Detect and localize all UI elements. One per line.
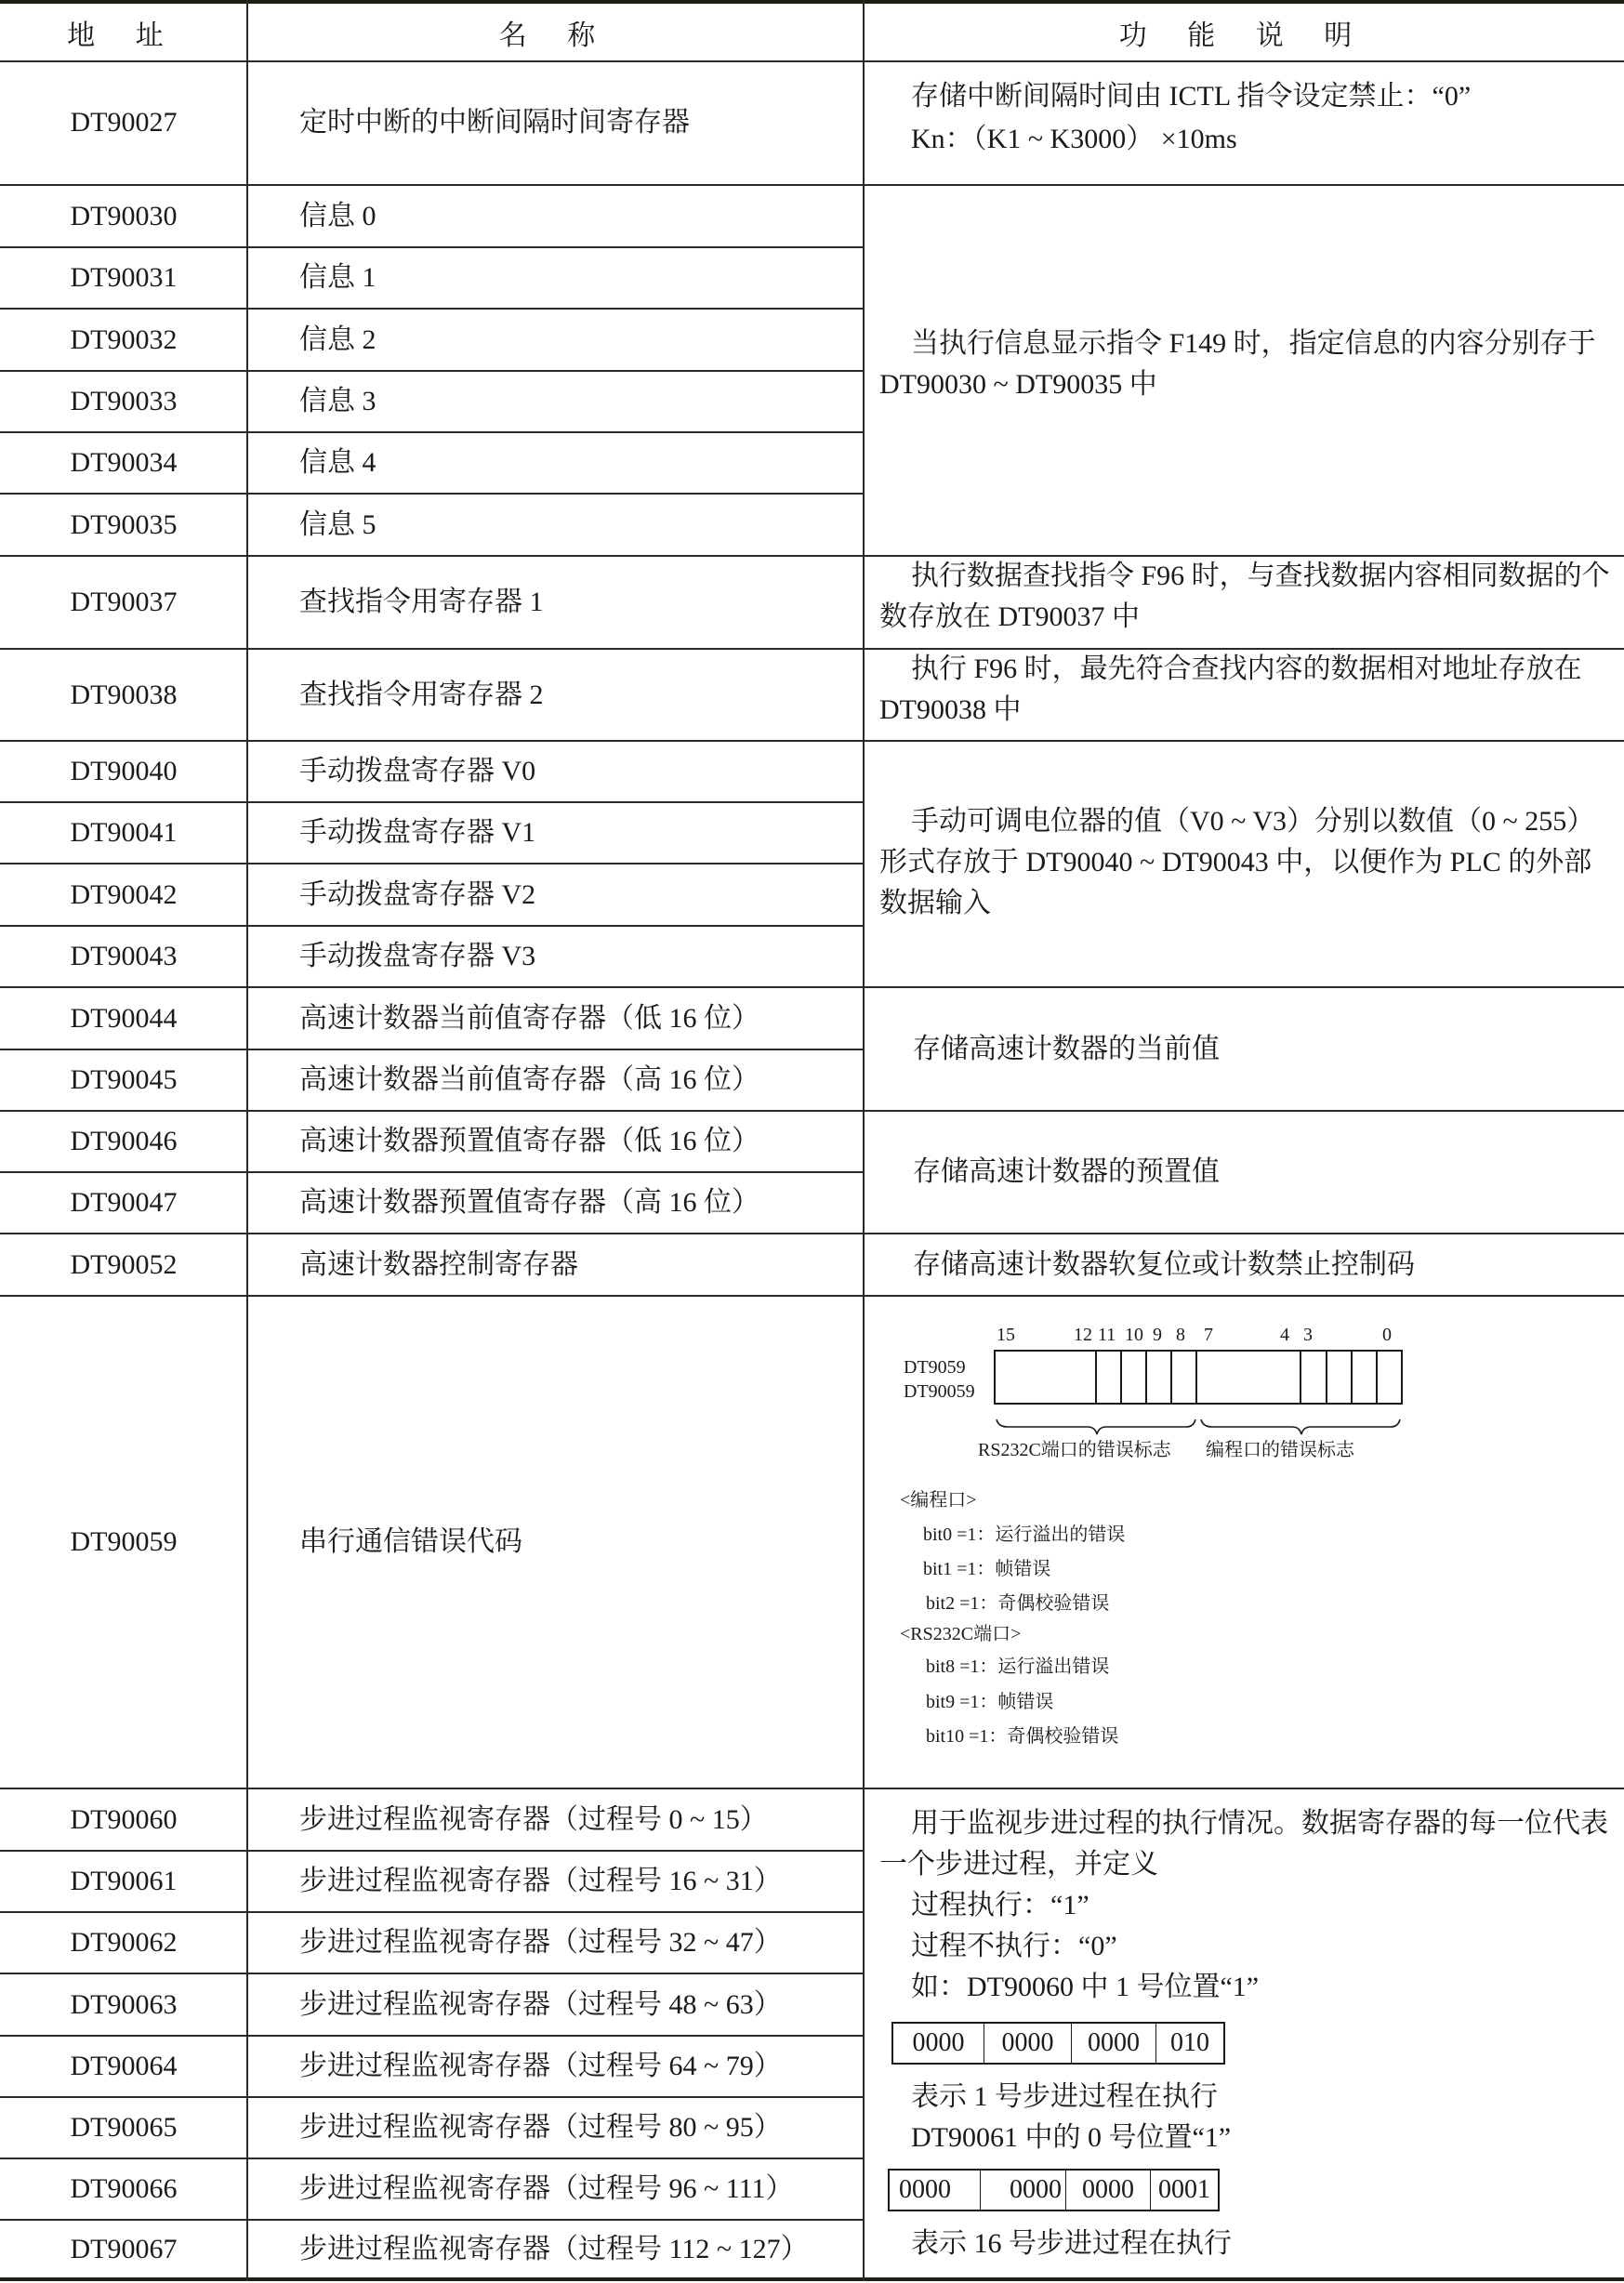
- rs232-bit-item: bit9 =1：帧错误: [926, 1693, 1053, 1711]
- address-cell: DT90052: [0, 1234, 247, 1295]
- name-cell: 定时中断的中断间隔时间寄存器: [299, 61, 857, 184]
- prog-port-heading: <编程口>: [900, 1491, 977, 1510]
- name-cell: 步进过程监视寄存器（过程号 64 ~ 79）: [299, 2037, 857, 2096]
- description-exec: 过程执行：“1”: [879, 1885, 1614, 1926]
- address-cell: DT90032: [0, 310, 247, 370]
- prog-bit-item: bit0 =1：运行溢出的错误: [923, 1525, 1125, 1544]
- bit-divider: [1095, 1350, 1097, 1405]
- description-line: 存储中断间隔时间由 ICTL 指令设定禁止：“0”: [911, 76, 1624, 117]
- bit-divider: [1351, 1350, 1353, 1405]
- name-cell: 步进过程监视寄存器（过程号 32 ~ 47）: [299, 1913, 857, 1973]
- name-cell: 步进过程监视寄存器（过程号 112 ~ 127）: [299, 2221, 857, 2277]
- bit-label-15: 15: [997, 1326, 1015, 1344]
- binary-nibble: 0000: [1072, 2024, 1156, 2063]
- name-cell: 高速计数器当前值寄存器（低 16 位）: [299, 988, 857, 1049]
- name-cell: 步进过程监视寄存器（过程号 0 ~ 15）: [299, 1789, 857, 1850]
- address-cell: DT90062: [0, 1913, 247, 1973]
- name-cell: 高速计数器预置值寄存器（高 16 位）: [299, 1173, 857, 1233]
- name-cell: 信息 3: [299, 372, 857, 431]
- register-label: DT9059: [904, 1358, 966, 1377]
- description-dt90060-67-mid: 表示 1 号步进过程在执行 DT90061 中的 0 号位置“1”: [879, 2077, 1614, 2158]
- description-intro: 用于监视步进过程的执行情况。数据寄存器的每一位代表一个步进过程，并定义: [879, 1803, 1614, 1885]
- bit-divider: [1120, 1350, 1122, 1405]
- binary-box-example-2: 0000 0000 0000 0001: [888, 2169, 1220, 2211]
- address-cell: DT90033: [0, 372, 247, 431]
- description-dt90030-35: 当执行信息显示指令 F149 时，指定信息的内容分别存于 DT90030 ~ D…: [879, 323, 1614, 405]
- bit-label-3: 3: [1303, 1326, 1313, 1344]
- name-cell: 信息 4: [299, 433, 857, 493]
- description-example-2: DT90061 中的 0 号位置“1”: [879, 2118, 1614, 2158]
- bit-divider: [1195, 1350, 1197, 1405]
- prog-bit-item: bit2 =1：奇偶校验错误: [926, 1594, 1109, 1613]
- prog-bit-item: bit1 =1：帧错误: [923, 1560, 1050, 1578]
- description-dt90037: 执行数据查找指令 F96 时，与查找数据内容相同数据的个数存放在 DT90037…: [879, 556, 1614, 638]
- bit-label-10: 10: [1125, 1326, 1143, 1344]
- description-dt90044-45: 存储高速计数器的当前值: [913, 988, 1220, 1110]
- binary-box-example-1: 0000 0000 0000 010: [891, 2022, 1225, 2065]
- bit-label-7: 7: [1204, 1326, 1213, 1344]
- description-dt90060-67: 用于监视步进过程的执行情况。数据寄存器的每一位代表一个步进过程，并定义 过程执行…: [879, 1803, 1614, 2008]
- rs232-bit-item: bit8 =1：运行溢出错误: [926, 1657, 1109, 1676]
- address-cell: DT90037: [0, 557, 247, 648]
- bit-label-4: 4: [1280, 1326, 1289, 1344]
- bit-divider: [1300, 1350, 1301, 1405]
- description-result-1: 表示 1 号步进过程在执行: [879, 2077, 1614, 2118]
- description-line: Kn：（K1 ~ K3000） ×10ms: [911, 119, 1624, 160]
- name-cell: 高速计数器预置值寄存器（低 16 位）: [299, 1112, 857, 1171]
- description-dt90038: 执行 F96 时，最先符合查找内容的数据相对地址存放在 DT90038 中: [879, 649, 1614, 731]
- rs232-heading: <RS232C端口>: [900, 1625, 1021, 1643]
- address-cell: DT90047: [0, 1173, 247, 1233]
- description-text: 执行 F96 时，最先符合查找内容的数据相对地址存放在 DT90038 中: [879, 649, 1614, 731]
- brace-label-rs232c: RS232C端口的错误标志: [978, 1441, 1171, 1459]
- address-cell: DT90038: [0, 650, 247, 740]
- description-text: 手动可调电位器的值（V0 ~ V3）分别以数值（0 ~ 255）形式存放于 DT…: [879, 801, 1614, 924]
- address-cell: DT90044: [0, 988, 247, 1049]
- bit-label-9: 9: [1153, 1326, 1162, 1344]
- name-cell: 信息 0: [299, 186, 857, 246]
- description-not-exec: 过程不执行：“0”: [879, 1926, 1614, 1967]
- binary-nibble: 0000: [893, 2024, 984, 2063]
- description-text: 执行数据查找指令 F96 时，与查找数据内容相同数据的个数存放在 DT90037…: [879, 556, 1614, 638]
- address-cell: DT90031: [0, 248, 247, 308]
- binary-nibble: 010: [1156, 2024, 1223, 2063]
- address-cell: DT90061: [0, 1852, 247, 1911]
- address-cell: DT90040: [0, 742, 247, 801]
- description-result-2: 表示 16 号步进过程在执行: [879, 2224, 1614, 2264]
- name-cell: 步进过程监视寄存器（过程号 48 ~ 63）: [299, 1974, 857, 2035]
- name-cell: 信息 2: [299, 310, 857, 370]
- address-cell: DT90043: [0, 927, 247, 986]
- address-cell: DT90030: [0, 186, 247, 246]
- name-cell: 信息 5: [299, 495, 857, 555]
- header-description: 功 能 说 明: [864, 4, 1624, 61]
- address-cell: DT90027: [0, 61, 247, 184]
- bit-label-0: 0: [1382, 1326, 1392, 1344]
- address-cell: DT90042: [0, 864, 247, 925]
- address-cell: DT90045: [0, 1050, 247, 1110]
- brace-icon: [995, 1418, 1404, 1436]
- bit-label-8: 8: [1176, 1326, 1185, 1344]
- name-cell: 查找指令用寄存器 2: [299, 650, 857, 740]
- address-cell: DT90034: [0, 433, 247, 493]
- description-example-1: 如：DT90060 中 1 号位置“1”: [879, 1967, 1614, 2008]
- binary-nibble: 0000: [981, 2171, 1066, 2210]
- rs232-bit-item: bit10 =1：奇偶校验错误: [926, 1727, 1118, 1746]
- header-address: 地 址: [0, 4, 247, 61]
- name-cell: 手动拨盘寄存器 V2: [299, 864, 857, 925]
- address-cell: DT90046: [0, 1112, 247, 1171]
- header-name: 名 称: [247, 4, 864, 61]
- name-cell: 高速计数器当前值寄存器（高 16 位）: [299, 1050, 857, 1110]
- binary-nibble: 0000: [984, 2024, 1072, 2063]
- description-dt90040-43: 手动可调电位器的值（V0 ~ V3）分别以数值（0 ~ 255）形式存放于 DT…: [879, 801, 1614, 924]
- description-dt90060-67-end: 表示 16 号步进过程在执行: [879, 2224, 1614, 2264]
- name-cell: 步进过程监视寄存器（过程号 16 ~ 31）: [299, 1852, 857, 1911]
- address-cell: DT90064: [0, 2037, 247, 2096]
- address-cell: DT90067: [0, 2221, 247, 2277]
- address-cell: DT90041: [0, 803, 247, 863]
- binary-nibble: 0000: [1066, 2171, 1151, 2210]
- name-cell: 信息 1: [299, 248, 857, 308]
- address-cell: DT90060: [0, 1789, 247, 1850]
- binary-nibble: 0001: [1151, 2171, 1218, 2210]
- bit-divider: [1145, 1350, 1147, 1405]
- brace-label-prog-port: 编程口的错误标志: [1206, 1441, 1354, 1459]
- binary-nibble: 0000: [890, 2171, 981, 2210]
- bit-divider: [1376, 1350, 1378, 1405]
- address-cell: DT90059: [0, 1297, 247, 1788]
- bit-label-12: 12: [1074, 1326, 1092, 1344]
- name-cell: 手动拨盘寄存器 V1: [299, 803, 857, 863]
- description-dt90046-47: 存储高速计数器的预置值: [913, 1112, 1220, 1233]
- name-cell: 高速计数器控制寄存器: [299, 1234, 857, 1295]
- table-bottom-border: [0, 2277, 1624, 2281]
- description-dt90027: 存储中断间隔时间由 ICTL 指令设定禁止：“0” Kn：（K1 ~ K3000…: [911, 76, 1624, 160]
- register-label: DT90059: [904, 1382, 975, 1401]
- name-cell: 步进过程监视寄存器（过程号 80 ~ 95）: [299, 2098, 857, 2158]
- bit-divider: [1170, 1350, 1172, 1405]
- column-divider: [863, 0, 865, 2281]
- bit-label-11: 11: [1098, 1326, 1116, 1344]
- name-cell: 手动拨盘寄存器 V0: [299, 742, 857, 801]
- bit-register-box: [994, 1350, 1403, 1405]
- name-cell: 步进过程监视寄存器（过程号 96 ~ 111）: [299, 2159, 857, 2219]
- bit-divider: [1326, 1350, 1327, 1405]
- name-cell: 串行通信错误代码: [299, 1297, 857, 1788]
- address-cell: DT90063: [0, 1974, 247, 2035]
- name-cell: 手动拨盘寄存器 V3: [299, 927, 857, 986]
- description-text: 当执行信息显示指令 F149 时，指定信息的内容分别存于 DT90030 ~ D…: [879, 323, 1614, 405]
- description-dt90052: 存储高速计数器软复位或计数禁止控制码: [913, 1234, 1415, 1295]
- address-cell: DT90066: [0, 2159, 247, 2219]
- name-cell: 查找指令用寄存器 1: [299, 557, 857, 648]
- address-cell: DT90065: [0, 2098, 247, 2158]
- address-cell: DT90035: [0, 495, 247, 555]
